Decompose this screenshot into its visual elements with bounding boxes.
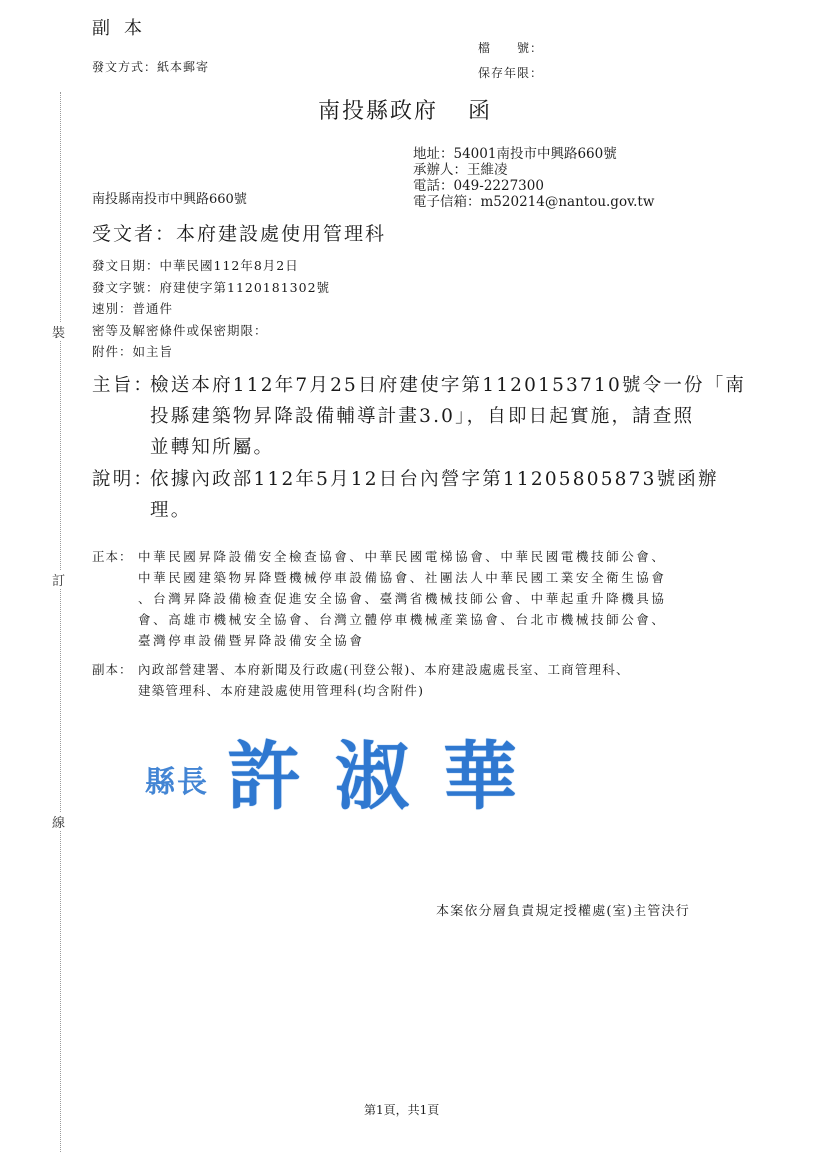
signature-role: 縣長	[145, 765, 209, 800]
main-recipients: 正本：中華民國昇降設備安全檢查協會、中華民國電梯協會、中華民國電機技師公會、 中…	[92, 546, 667, 651]
recipient-line: 會、高雄市機械安全協會、台灣立體停車機械產業協會、台北市機械技師公會、	[138, 612, 667, 627]
signature-name: 許淑華	[227, 734, 551, 820]
binding-line	[60, 92, 61, 1152]
document-number: 發文字號：府建使字第1120181302號	[92, 277, 330, 299]
cc-line: 內政部營建署、本府新聞及行政處(刊登公報)、本府建設處處長室、工商管理科、	[138, 662, 630, 677]
file-number-label-a: 檔	[478, 41, 491, 55]
document-title: 南投縣政府函	[318, 94, 492, 125]
contact-email: 電子信箱：m520214@nantou.gov.tw	[413, 194, 654, 210]
issue-date: 發文日期：中華民國112年8月2日	[92, 255, 330, 277]
file-number-label-b: 號：	[517, 41, 543, 55]
file-number-field: 檔號：	[478, 39, 543, 56]
recipient-line: 中華民國建築物昇降暨機械停車設備協會、社團法人中華民國工業安全衛生協會	[138, 570, 667, 585]
document-type: 函	[468, 99, 492, 124]
sender-address: 南投縣南投市中興路660號	[92, 188, 247, 207]
attachment-note: 附件：如主旨	[92, 341, 330, 363]
recipient-line: 、台灣昇降設備檢查促進安全協會、臺灣省機械技師公會、中華起重升降機具協	[138, 591, 667, 606]
recipient-line: 中華民國昇降設備安全檢查協會、中華民國電梯協會、中華民國電機技師公會、	[138, 549, 667, 564]
subject-line: 投縣建築物昇降設備輔導計畫3.0」，自即日起實施，請查照	[150, 406, 694, 427]
subject-label: 主旨：	[92, 370, 150, 401]
subject-section: 主旨：檢送本府112年7月25日府建使字第1120153710號令一份「南 投縣…	[92, 370, 746, 463]
binding-char-xian: 線	[52, 812, 65, 831]
signature-stamp: 縣長許淑華	[145, 718, 551, 824]
explanation-section: 說明：依據內政部112年5月12日台內營字第11205805873號函辦 理。	[92, 464, 719, 526]
explanation-line: 依據內政部112年5月12日台內營字第11205805873號函辦	[150, 469, 719, 490]
subject-line: 檢送本府112年7月25日府建使字第1120153710號令一份「南	[150, 375, 746, 396]
delegation-note: 本案依分層負責規定授權處(室)主管決行	[436, 900, 690, 919]
contact-address: 地址：54001南投市中興路660號	[413, 146, 654, 162]
explanation-label: 說明：	[92, 464, 150, 495]
page-number: 第1頁，共1頁	[364, 1101, 439, 1118]
cc-recipients: 副本：內政部營建署、本府新聞及行政處(刊登公報)、本府建設處處長室、工商管理科、…	[92, 659, 630, 701]
cc-line: 建築管理科、本府建設處使用管理科(均含附件)	[138, 683, 424, 698]
main-recipients-label: 正本：	[92, 546, 138, 567]
binding-char-zhuang: 裝	[52, 322, 65, 341]
binding-char-ding: 訂	[52, 570, 65, 589]
recipient: 受文者：本府建設處使用管理科	[92, 219, 386, 246]
subject-line: 並轉知所屬。	[150, 437, 274, 458]
secrecy-level: 密等及解密條件或保密期限：	[92, 320, 330, 342]
retention-period-field: 保存年限：	[478, 64, 543, 81]
speed-class: 速別：普通件	[92, 298, 330, 320]
copy-mark: 副本	[92, 14, 156, 40]
contact-phone: 電話：049-2227300	[413, 178, 654, 194]
document-meta: 發文日期：中華民國112年8月2日 發文字號：府建使字第1120181302號 …	[92, 255, 330, 363]
recipient-line: 臺灣停車設備暨昇降設備安全協會	[138, 633, 365, 648]
explanation-line: 理。	[150, 500, 191, 521]
agency-name: 南投縣政府	[318, 99, 438, 124]
send-method: 發文方式：紙本郵寄	[92, 58, 209, 75]
contact-handler: 承辦人：王維凌	[413, 162, 654, 178]
cc-recipients-label: 副本：	[92, 659, 138, 680]
contact-block: 地址：54001南投市中興路660號 承辦人：王維凌 電話：049-222730…	[413, 146, 654, 210]
